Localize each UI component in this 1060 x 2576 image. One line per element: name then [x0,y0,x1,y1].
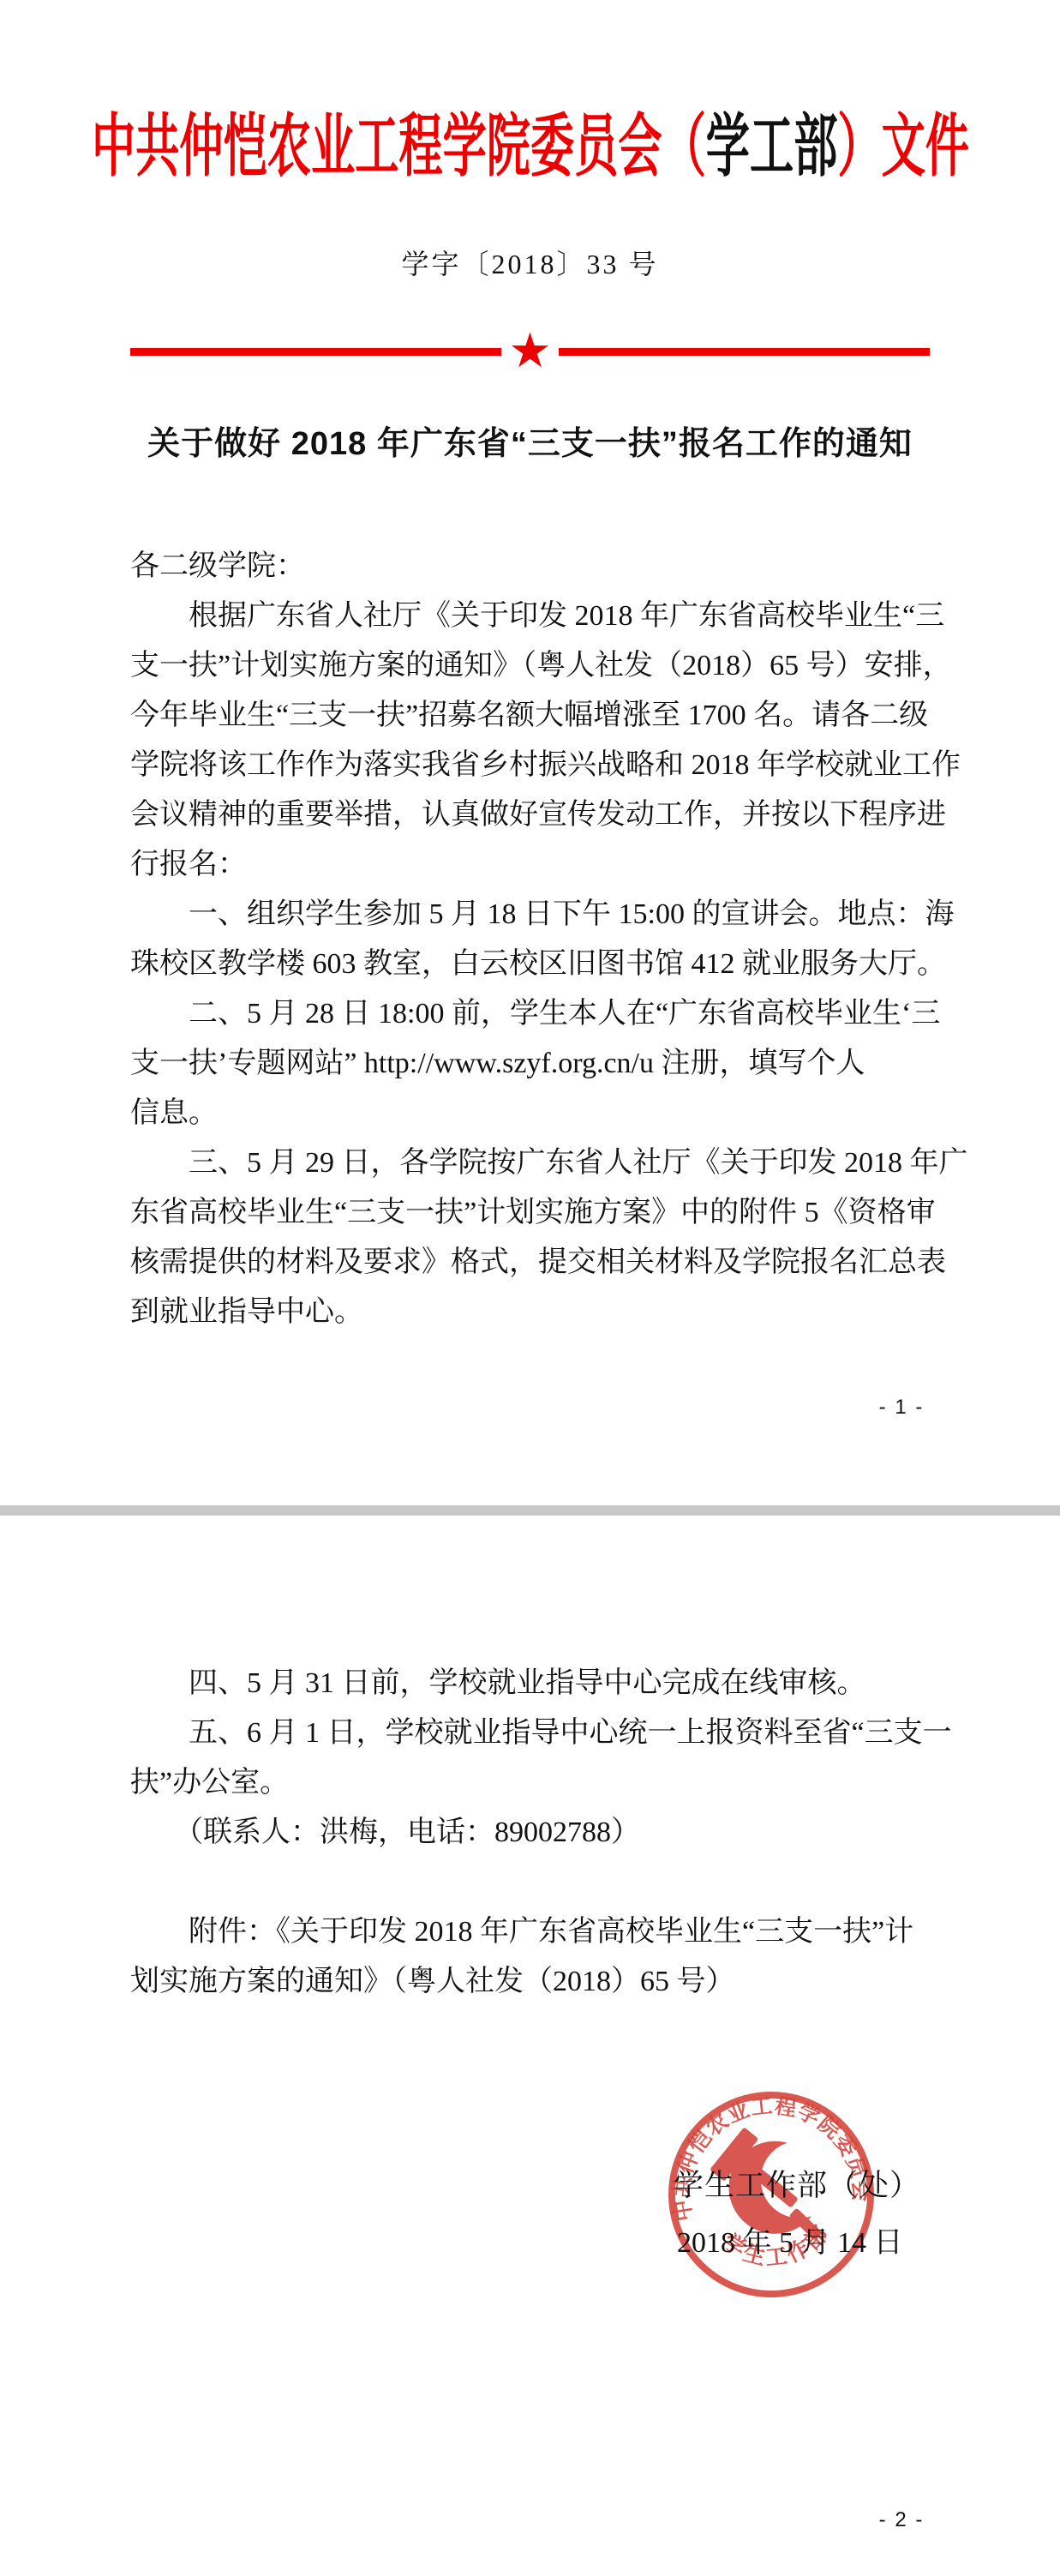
body-line: 划实施方案的通知》（粤人社发（2018）65 号） [130,1957,940,2007]
body-line: 行报名： [130,840,940,890]
signature-department: 学生工作部（处） [674,2162,920,2205]
letterhead-red-suffix: ）文件 [837,110,969,185]
red-rule-left [130,348,501,356]
page1-number: - 1 - [867,1396,936,1420]
body-line: 扶”办公室。 [130,1758,940,1808]
page2-body: 四、5 月 31 日前，学校就业指导中心完成在线审核。 五、6 月 1 日，学校… [130,1659,940,2007]
body-line: 二、5 月 28 日 18:00 前，学生本人在“广东省高校毕业生‘三 [130,989,940,1039]
page-separator [0,1505,1060,1516]
official-document: 中共仲恺农业工程学院委员会（学工部）文件 学字〔2018〕33 号 ★ 关于做好… [0,0,1060,2576]
letterhead: 中共仲恺农业工程学院委员会（学工部）文件 [0,111,1060,183]
body-line: 支一扶”计划实施方案的通知》（粤人社发（2018）65 号）安排， [130,641,940,691]
letterhead-text: 中共仲恺农业工程学院委员会（学工部）文件 [92,111,969,183]
body-line: 四、5 月 31 日前，学校就业指导中心完成在线审核。 [130,1659,940,1708]
body-line: （联系人：洪梅，电话：89002788） [130,1808,940,1858]
body-line: 三、5 月 29 日，各学院按广东省人社厅《关于印发 2018 年广 [130,1138,940,1188]
body-line: 东省高校毕业生“三支一扶”计划实施方案》中的附件 5《资格审 [130,1188,940,1238]
red-rule: ★ [130,330,930,373]
body-line: 学院将该工作作为落实我省乡村振兴战略和 2018 年学校就业工作 [130,741,940,790]
letterhead-red-prefix: 中共仲恺农业工程学院委员会（ [92,110,706,185]
red-rule-right [559,348,930,356]
star-icon: ★ [508,330,551,373]
body-line: 各二级学院： [130,542,940,591]
document-title: 关于做好 2018 年广东省“三支一扶”报名工作的通知 [0,417,1060,464]
body-line [130,1858,940,1907]
body-line: 珠校区教学楼 603 教室，白云校区旧图书馆 412 就业服务大厅。 [130,940,940,989]
page1-body: 各二级学院： 根据广东省人社厅《关于印发 2018 年广东省高校毕业生“三 支一… [130,542,940,1337]
body-line: 附件：《关于印发 2018 年广东省高校毕业生“三支一扶”计 [130,1907,940,1957]
page2-number: - 2 - [867,2508,936,2532]
signature-date: 2018 年 5 月 14 日 [677,2219,903,2261]
letterhead-dept-black: 学工部 [705,110,837,185]
body-line: 信息。 [130,1089,940,1138]
document-number: 学字〔2018〕33 号 [0,243,1060,282]
body-line: 一、组织学生参加 5 月 18 日下午 15:00 的宣讲会。地点：海 [130,890,940,940]
body-line: 到就业指导中心。 [130,1288,940,1337]
body-line: 会议精神的重要举措，认真做好宣传发动工作，并按以下程序进 [130,790,940,840]
body-line: 核需提供的材料及要求》格式，提交相关材料及学院报名汇总表 [130,1238,940,1288]
body-line: 支一扶’专题网站” http://www.szyf.org.cn/u 注册，填写… [130,1039,940,1089]
body-line: 五、6 月 1 日，学校就业指导中心统一上报资料至省“三支一 [130,1708,940,1758]
body-line: 今年毕业生“三支一扶”招募名额大幅增涨至 1700 名。请各二级 [130,691,940,741]
body-line: 根据广东省人社厅《关于印发 2018 年广东省高校毕业生“三 [130,591,940,641]
